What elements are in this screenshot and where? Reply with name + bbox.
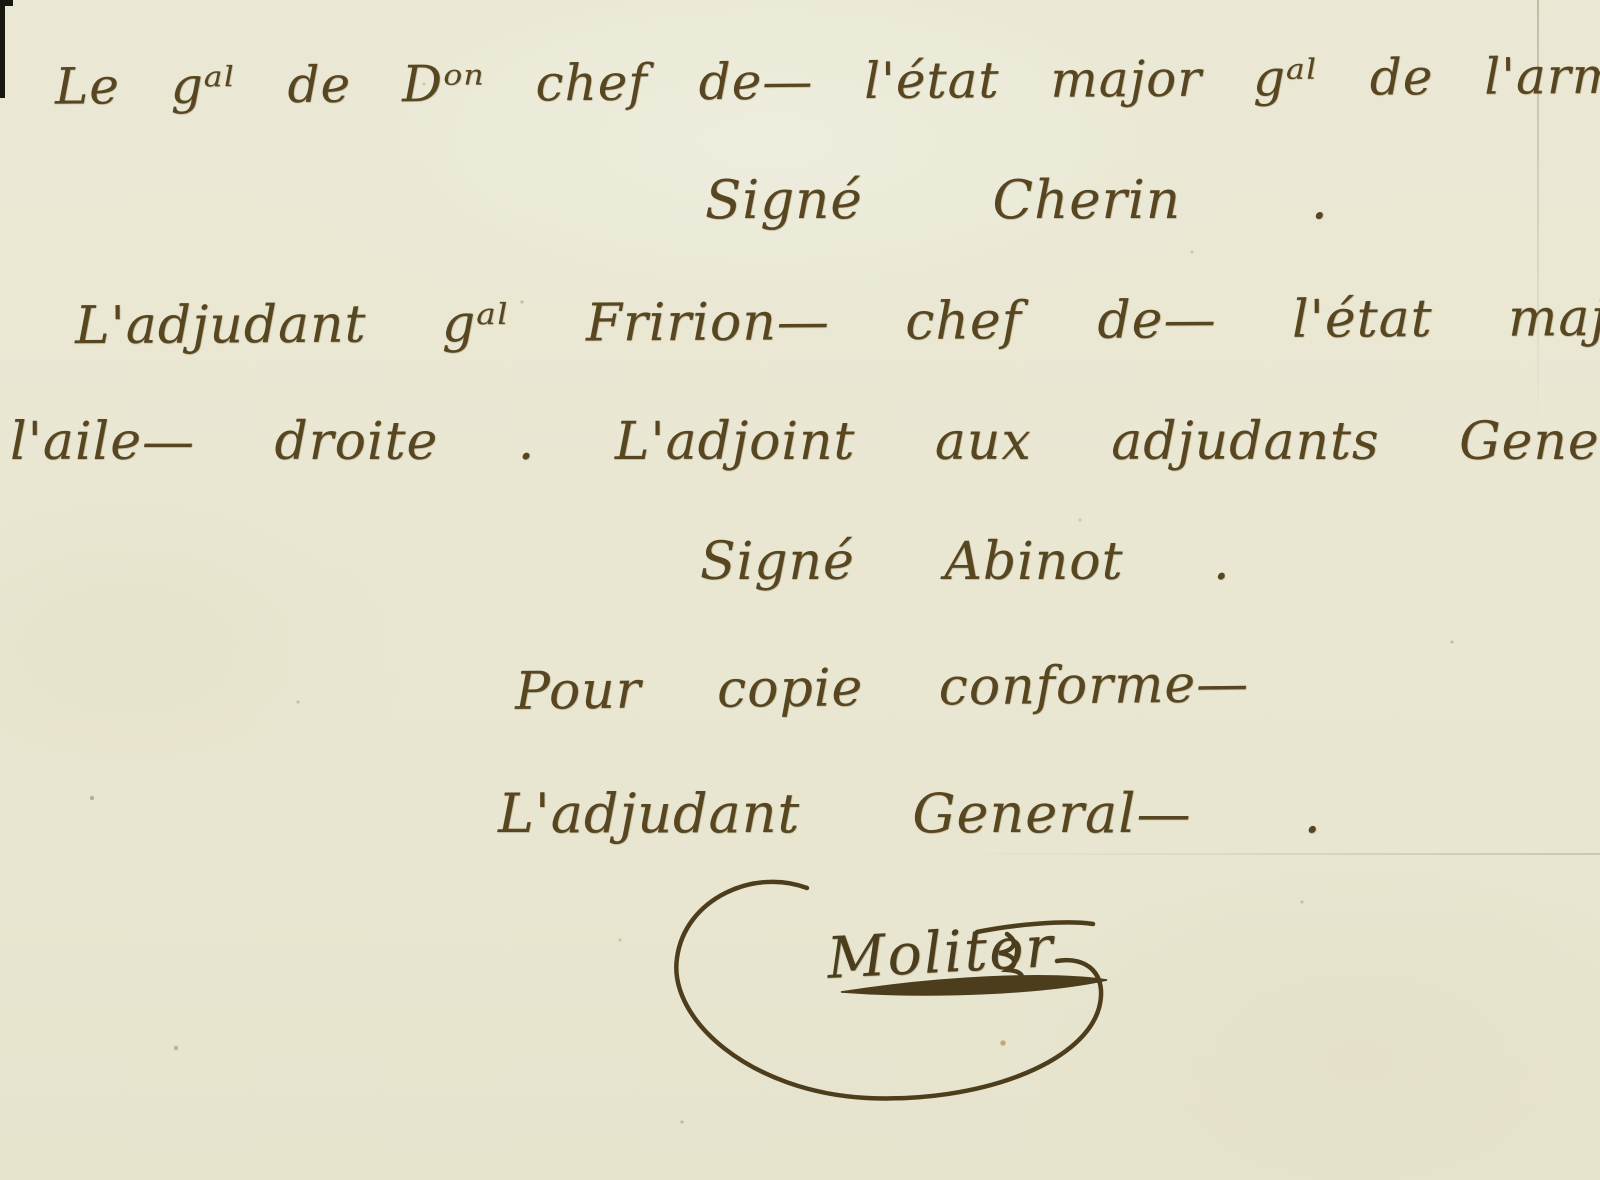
manuscript-line-7: L'adjudant General— .	[498, 782, 1322, 845]
manuscript-line-2: Signé Cherin .	[705, 170, 1329, 231]
paper-crease	[940, 853, 1600, 855]
scan-edge-artifact	[0, 0, 13, 6]
manuscript-line-1: Le gᵃˡ de Dᵒⁿ chef de— l'état major gᵃˡ …	[55, 46, 1600, 115]
manuscript-line-5: Signé Abinot .	[700, 532, 1231, 592]
signature-flourish-paraphe	[655, 868, 1145, 1128]
signature-block: Molitor	[655, 868, 1145, 1128]
manuscript-page: Le gᵃˡ de Dᵒⁿ chef de— l'état major gᵃˡ …	[0, 0, 1600, 1180]
signature-name: Molitor	[825, 914, 1056, 992]
manuscript-line-4: l'aile— droite . L'adjoint aux adjudants…	[10, 412, 1600, 472]
manuscript-line-3: L'adjudant gᵃˡ Fririon— chef de— l'état …	[75, 288, 1600, 356]
manuscript-line-6: Pour copie conforme—	[515, 654, 1250, 722]
scan-edge-artifact	[0, 0, 5, 98]
